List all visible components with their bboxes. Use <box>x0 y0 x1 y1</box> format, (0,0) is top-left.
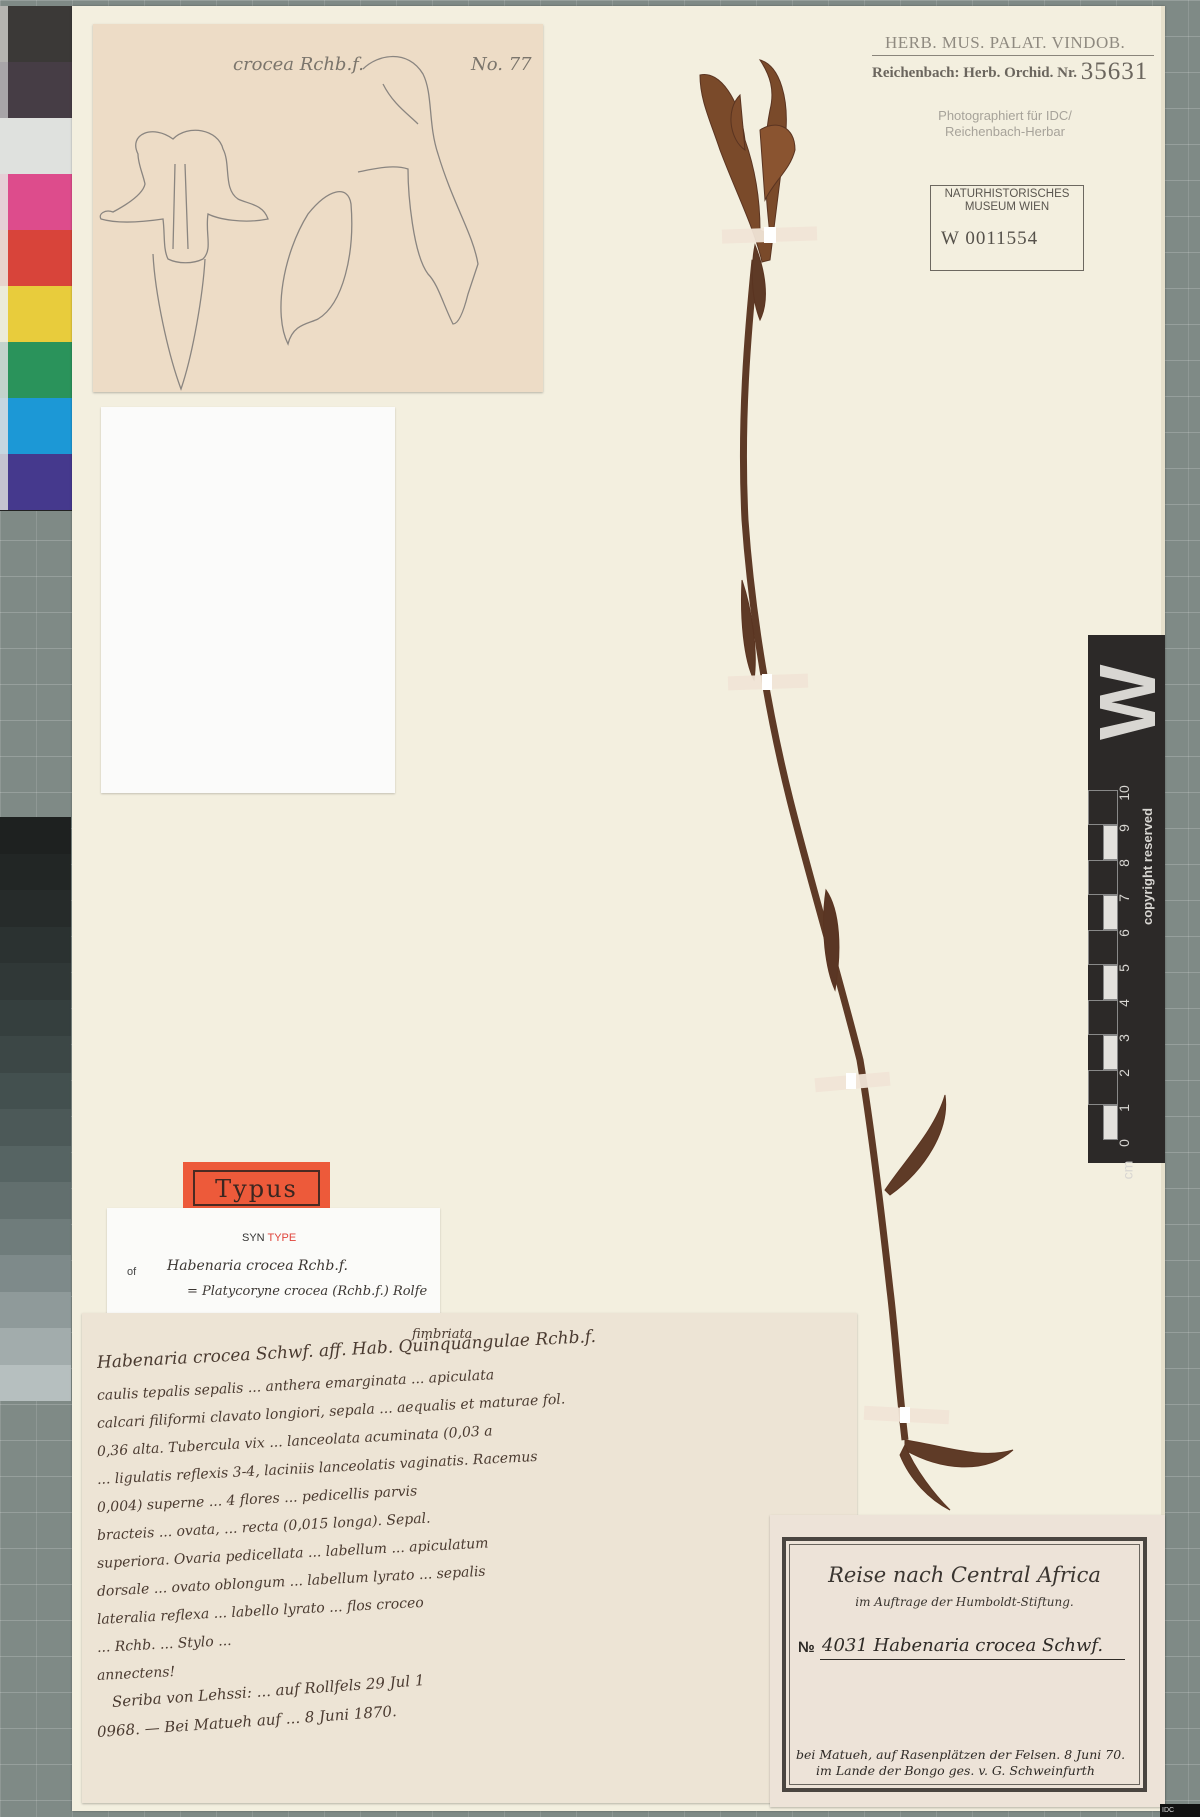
label-frame: Reise nach Central Africa im Auftrage de… <box>782 1537 1147 1792</box>
typus-label: Typus <box>183 1162 330 1214</box>
tick-8: 8 <box>1116 859 1132 867</box>
tick-3: 3 <box>1116 1034 1132 1042</box>
syn-prefix: SYN <box>242 1232 265 1244</box>
label-title: Reise nach Central Africa <box>786 1563 1143 1587</box>
tick-7: 7 <box>1116 894 1132 902</box>
tick-10: 10 <box>1116 785 1132 801</box>
type-word: TYPE <box>267 1232 296 1244</box>
scale-ruler: W 0 1 2 3 4 5 6 7 8 9 10 cm copyright re… <box>1088 635 1165 1163</box>
handwritten-description-note: fimbriata Habenaria crocea Schwf. aff. H… <box>82 1313 857 1803</box>
note-line: Habenaria crocea Schwf. aff. Hab. Quinqu… <box>96 1327 596 1373</box>
note-line: ... Rchb. ... Stylo ... <box>97 1633 232 1656</box>
ruler-logo: W <box>1088 680 1168 740</box>
syn-name-line2: = Platycoryne crocea (Rchb.f.) Rolfe <box>187 1284 427 1299</box>
ruler-tick-labels: 0 1 2 3 4 5 6 7 8 9 10 cm <box>1120 790 1138 1160</box>
idc-badge: IDC <box>1160 1804 1200 1817</box>
note-line: bracteis ... ovata, ... recta (0,015 lon… <box>97 1511 431 1544</box>
collector-label: Reise nach Central Africa im Auftrage de… <box>770 1515 1165 1807</box>
tick-6: 6 <box>1116 929 1132 937</box>
label-underline <box>820 1659 1125 1660</box>
note-line: lateralia reflexa ... labello lyrato ...… <box>97 1595 425 1628</box>
tick-9: 9 <box>1116 824 1132 832</box>
number-prefix: № <box>798 1639 815 1656</box>
tick-1: 1 <box>1116 1104 1132 1112</box>
tick-5: 5 <box>1116 964 1132 972</box>
typus-text: Typus <box>193 1170 320 1206</box>
syn-of: of <box>127 1266 136 1278</box>
syntype-label: SYN TYPE of Habenaria crocea Rchb.f. = P… <box>107 1208 440 1320</box>
syn-name-line1: Habenaria crocea Rchb.f. <box>167 1258 348 1274</box>
tick-4: 4 <box>1116 999 1132 1007</box>
note-line: dorsale ... ovato oblongum ... labellum … <box>97 1564 486 1600</box>
specimen-name: 4031 Habenaria crocea Schwf. <box>822 1635 1103 1656</box>
ruler-unit: cm <box>1119 1161 1135 1180</box>
note-line: 0,004) superne ... 4 flores ... pedicell… <box>97 1483 418 1516</box>
locality-line1: bei Matueh, auf Rasenplätzen der Felsen.… <box>796 1747 1125 1762</box>
ruler-scale-bar <box>1088 790 1118 1140</box>
ruler-copyright: copyright reserved <box>1140 825 1155 925</box>
locality-line2: im Lande der Bongo ges. v. G. Schweinfur… <box>816 1763 1095 1778</box>
tick-0: 0 <box>1116 1139 1132 1147</box>
tick-2: 2 <box>1116 1069 1132 1077</box>
syntype-heading: SYN TYPE <box>242 1232 296 1244</box>
note-line: annectens! <box>97 1664 176 1684</box>
label-subtitle: im Auftrage der Humboldt-Stiftung. <box>786 1595 1143 1609</box>
